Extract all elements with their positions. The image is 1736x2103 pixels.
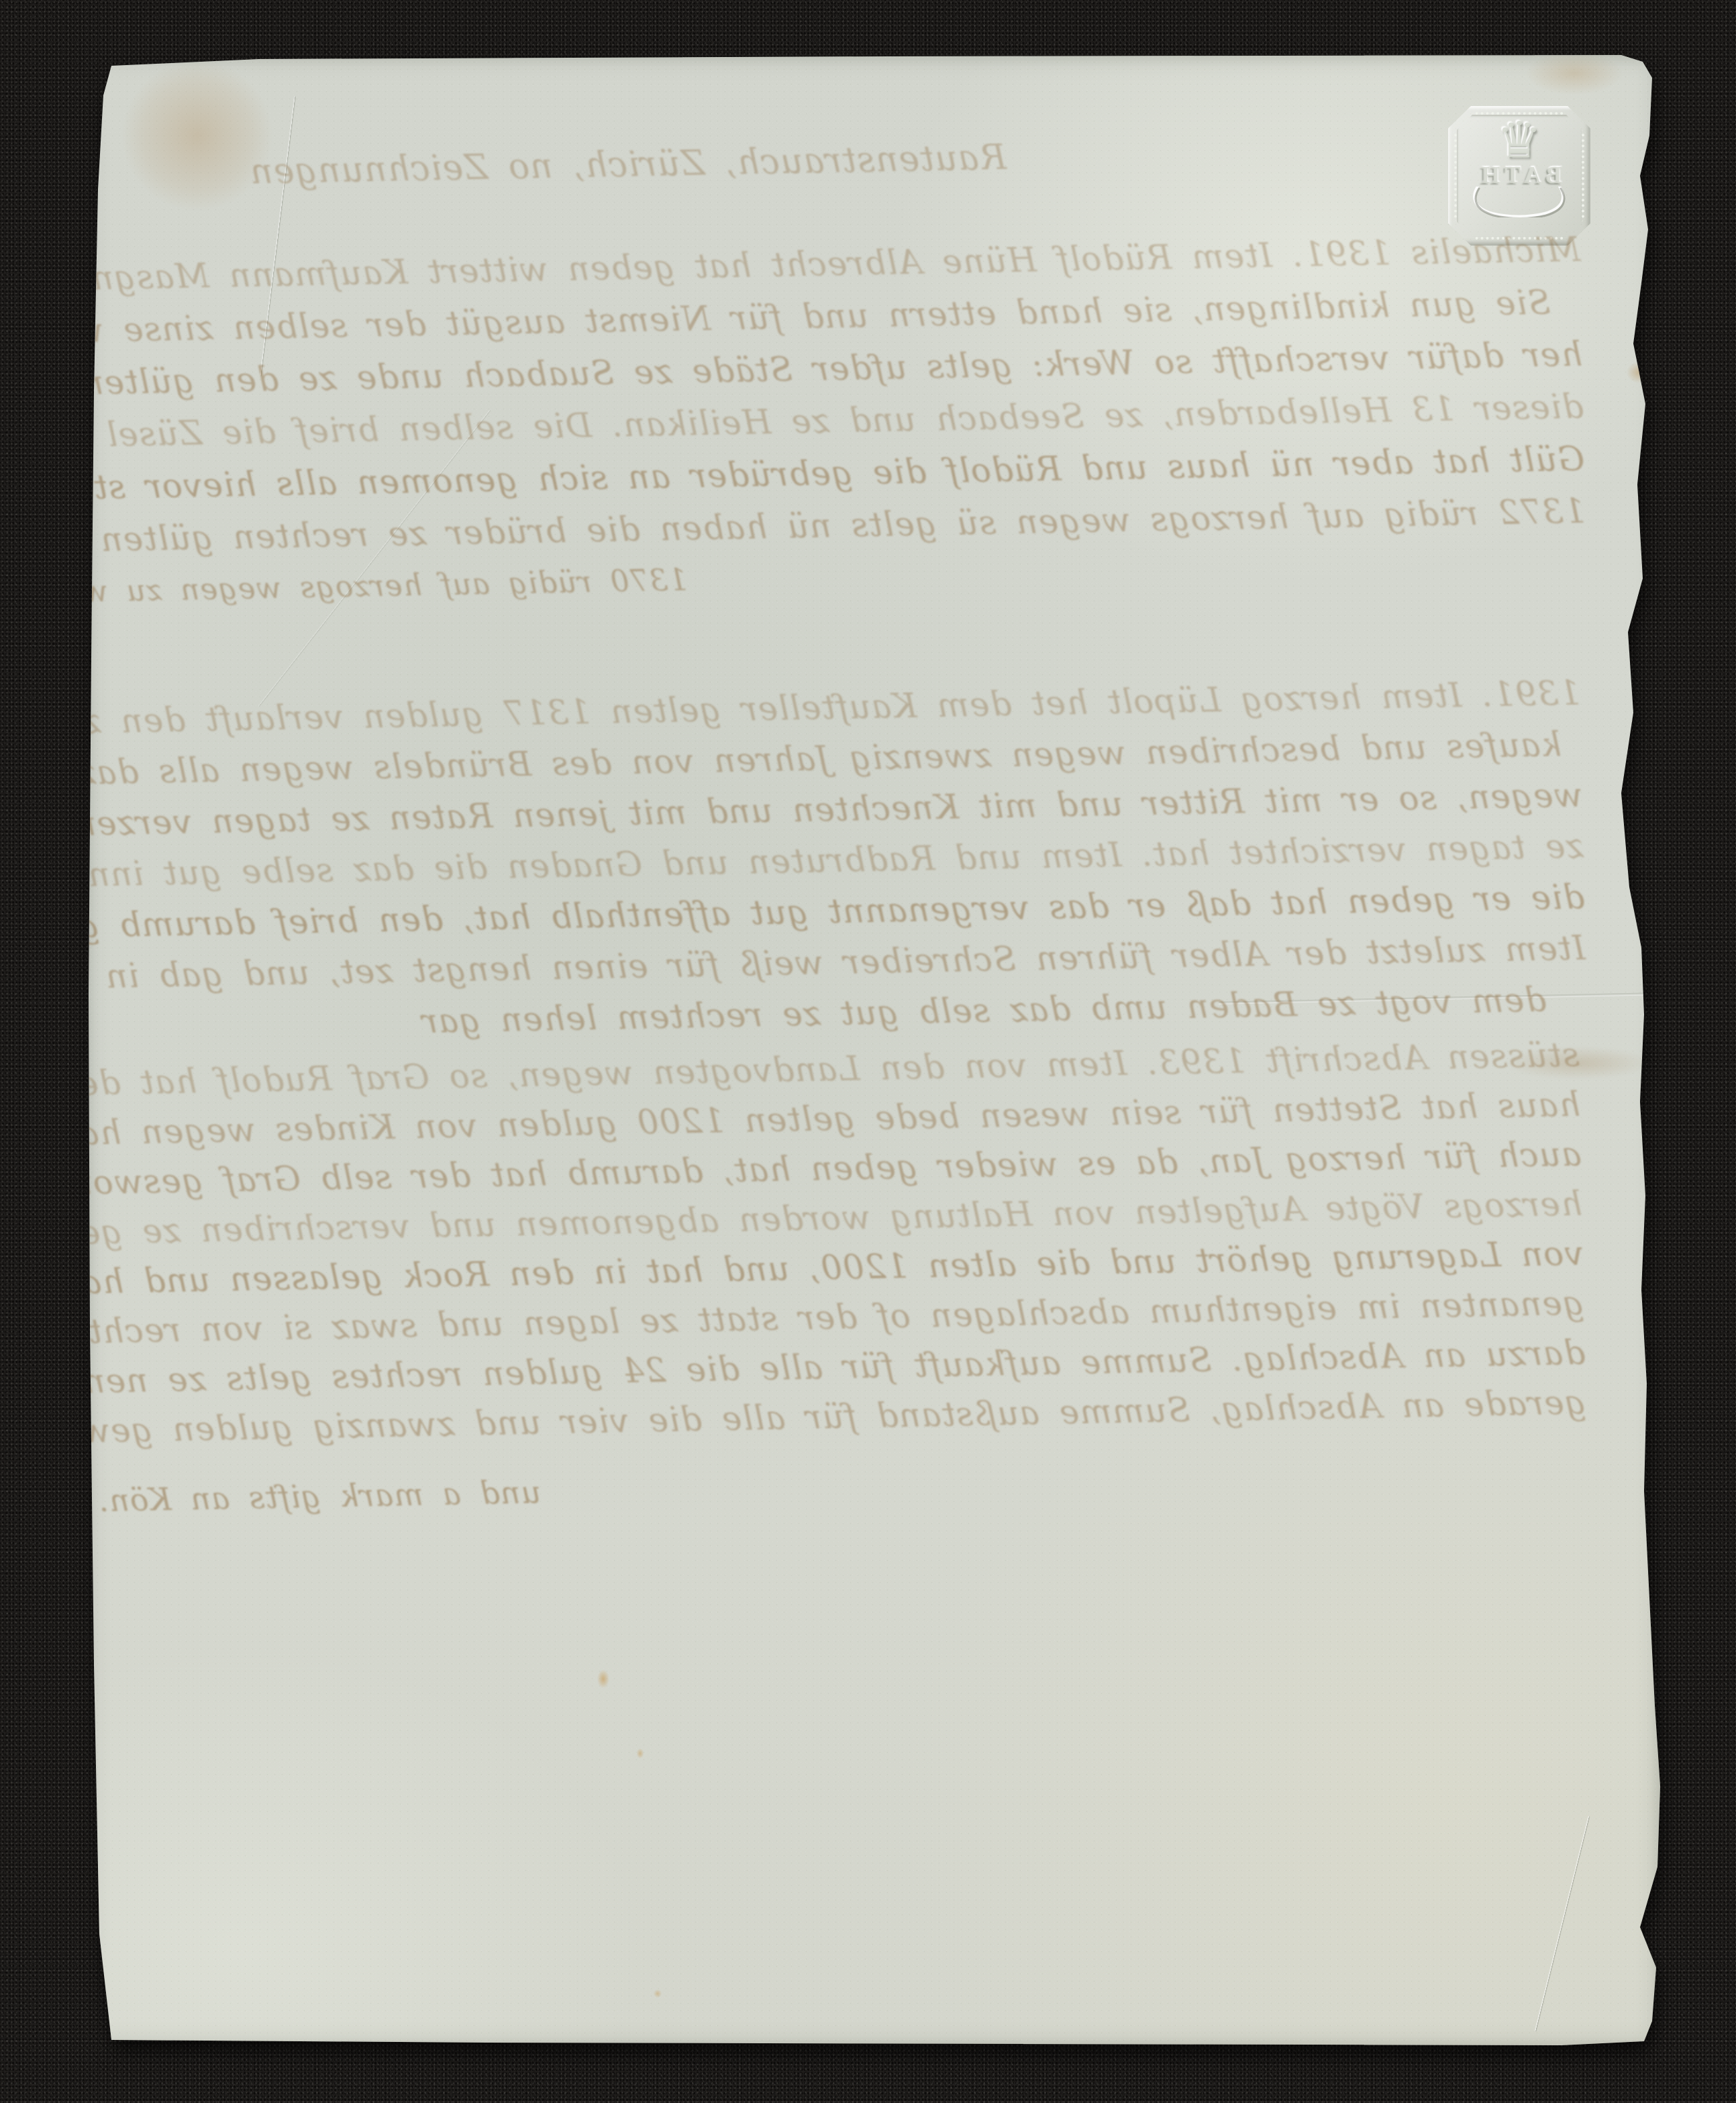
foxing-spot	[595, 1665, 612, 1692]
crease-bottom-right-fold	[1534, 1816, 1590, 2031]
bleedthrough-paragraph-3: stüssen Abschrift 1393. Item von den Lan…	[91, 1030, 1588, 1525]
stain-top-edge	[1507, 43, 1641, 103]
stamp-text: BATH	[1476, 161, 1562, 189]
foxing-spot	[635, 1746, 646, 1761]
foxing-spot	[652, 1988, 664, 2000]
paper-shadow: ♛ BATH Rautenstrauch, Zürich, no Zeichnu…	[85, 55, 1662, 2049]
handwriting-line: Rautenstrauch, Zürich, no Zeichnungen	[214, 127, 1007, 204]
handwriting-line: 1370 rüdig auf herzogs wegen zu wirken	[98, 554, 688, 618]
bleedthrough-docket-line: Rautenstrauch, Zürich, no Zeichnungen	[214, 127, 1007, 204]
stain-top-left-corner	[97, 35, 298, 236]
handwriting-line: und a mark gifts an Kön.	[99, 1468, 541, 1526]
bleedthrough-paragraph-2: 1391. Item herzog Lüpolt het dem Kauftel…	[92, 668, 1587, 1053]
stain-right-edge	[1621, 357, 1656, 388]
crease-top-left-corner	[8, 59, 93, 244]
letter-page: ♛ BATH Rautenstrauch, Zürich, no Zeichnu…	[85, 55, 1662, 2049]
bleedthrough-paragraph-1: Michaelis 1391. Item Rüdolf Hüne Albrech…	[92, 223, 1587, 618]
scan-canvas: ♛ BATH Rautenstrauch, Zürich, no Zeichnu…	[0, 0, 1736, 2103]
